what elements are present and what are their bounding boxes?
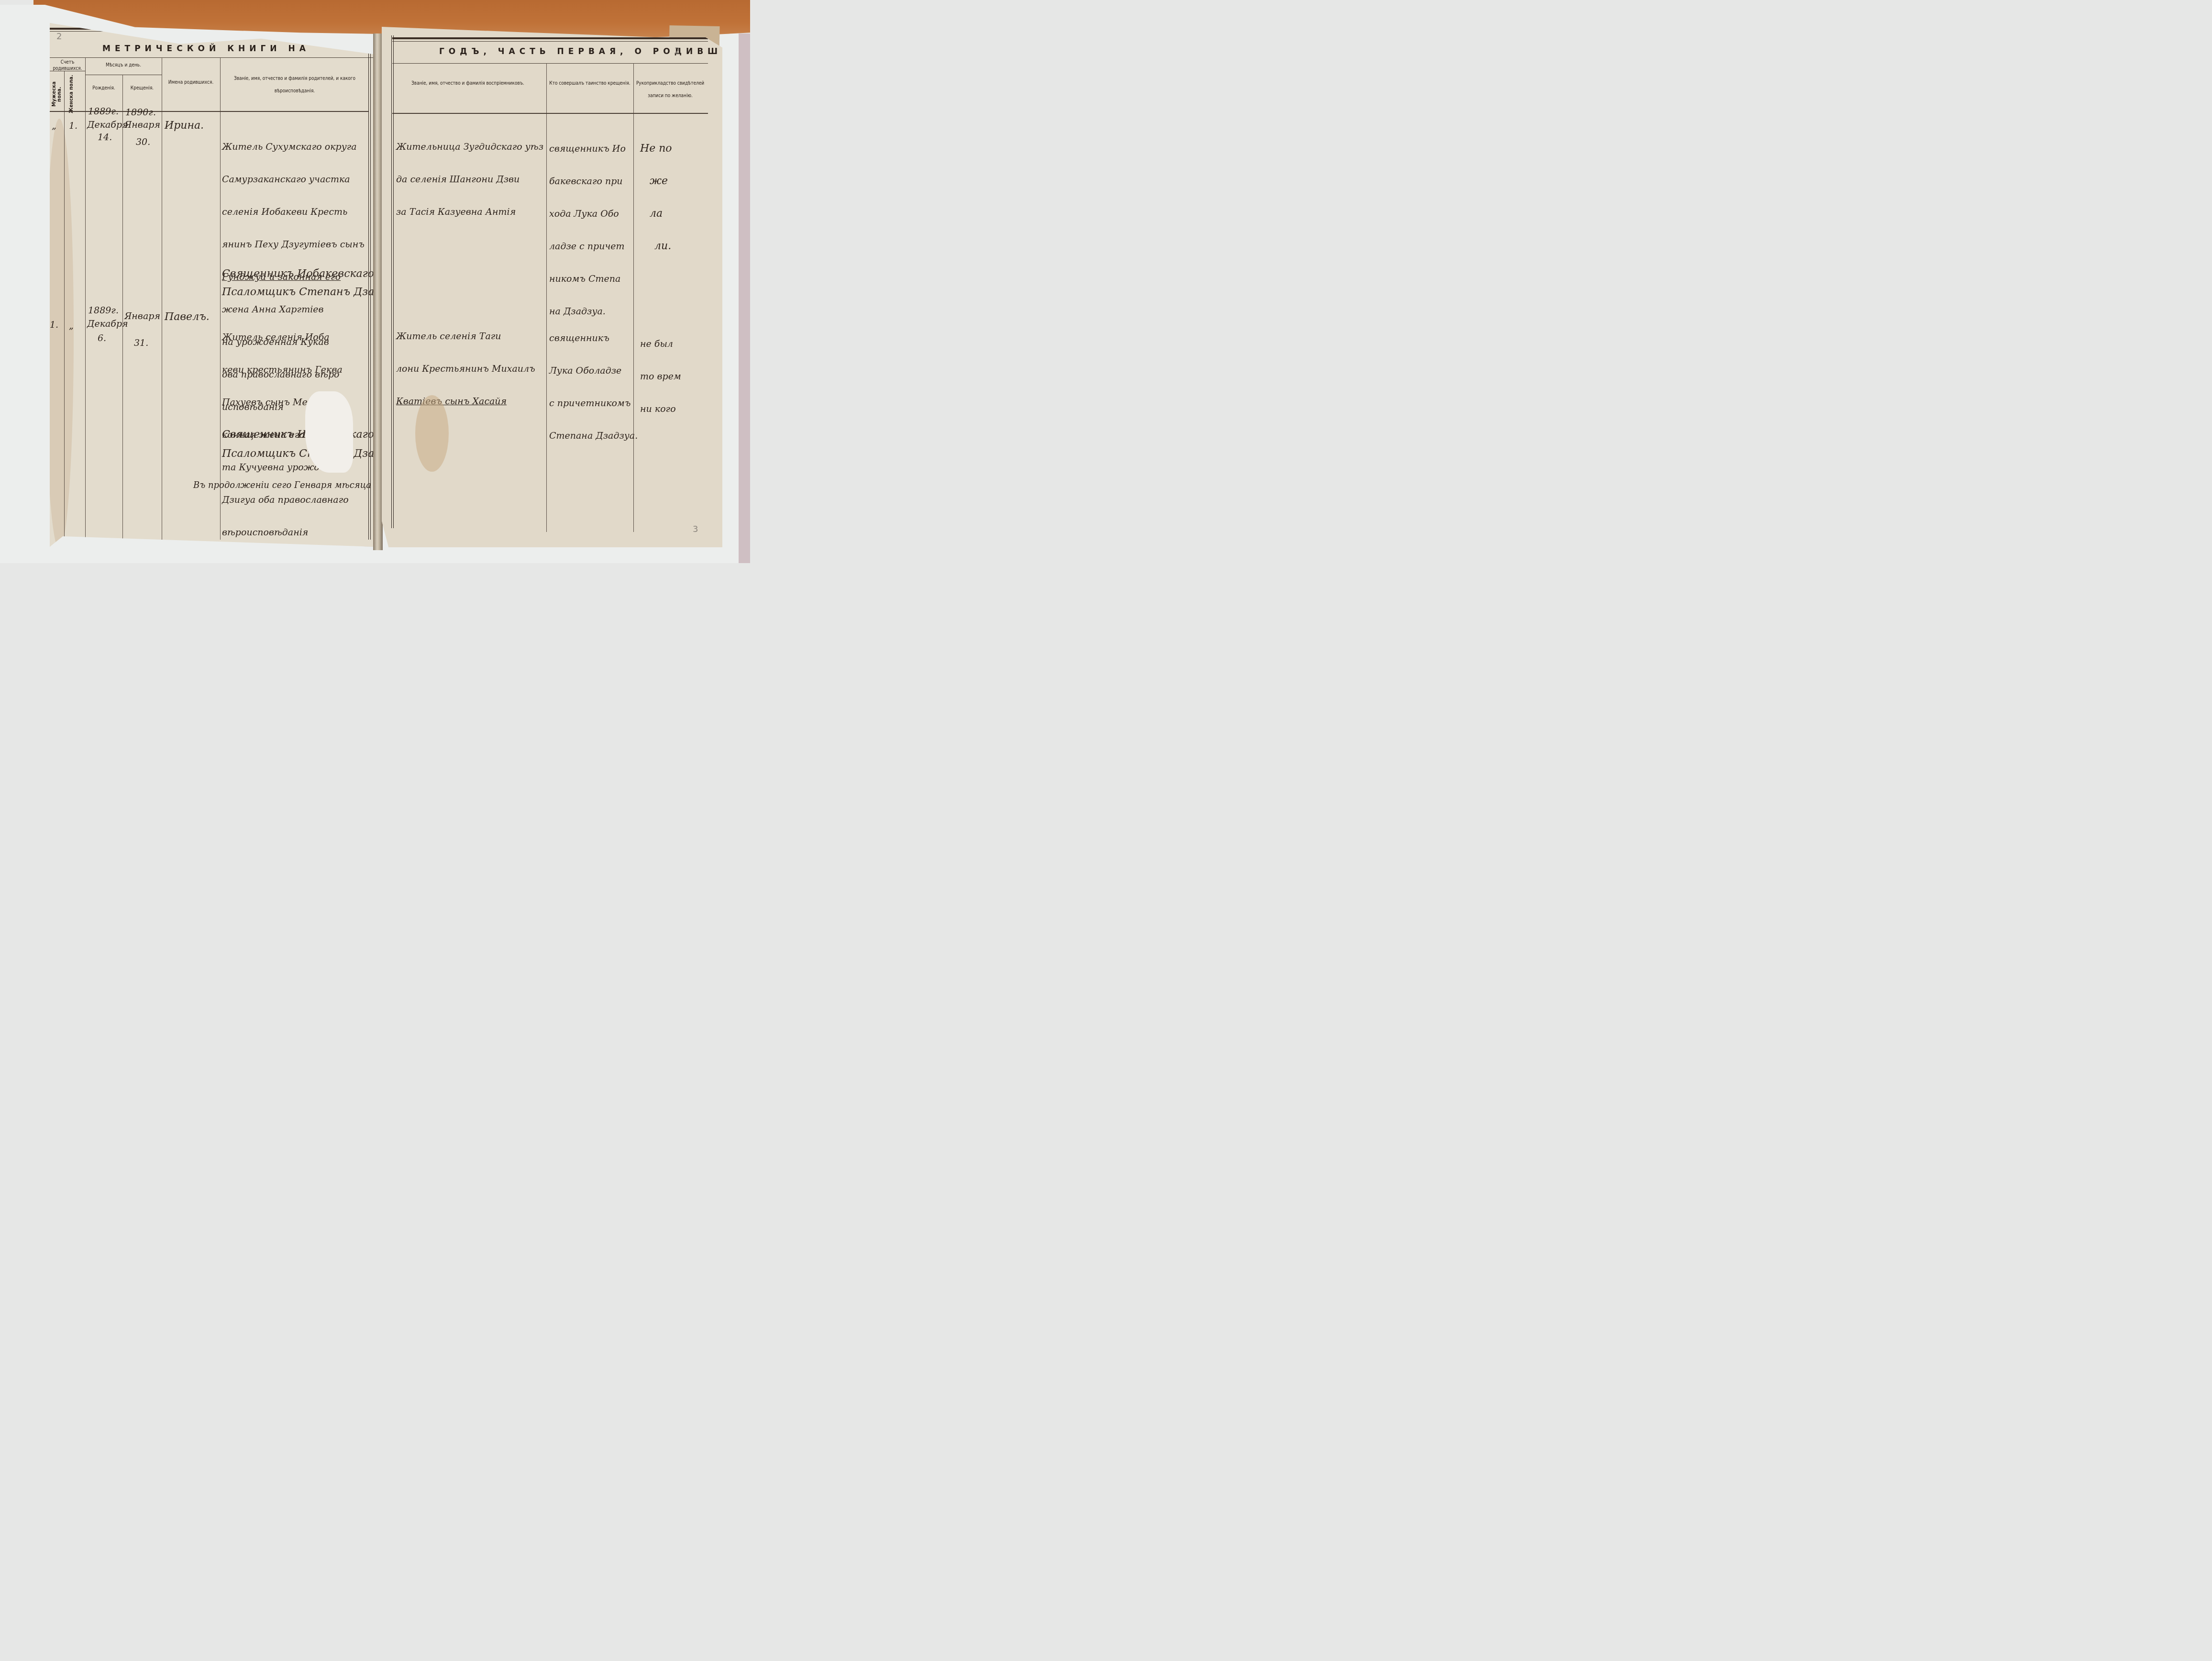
col-line	[122, 75, 123, 540]
record-2-priest: священникъ Лука Оболадзе с причетникомъ …	[549, 314, 638, 460]
text-line: священникъ	[549, 330, 638, 346]
record-1-signature-line-2: Псаломщикъ Степанъ Дзадзуа	[222, 284, 399, 300]
text-line: ладзе с причет	[549, 238, 626, 255]
page-title-right: ГОДЪ, ЧАСТЬ ПЕРВАЯ, О РОДИВШИХСЯ.	[439, 47, 750, 56]
record-1-child-name: Ирина.	[165, 118, 204, 134]
record-1-signature-note: Не по же ла ли.	[640, 124, 672, 271]
col-line	[64, 71, 65, 540]
text-line: ли.	[640, 238, 672, 255]
header-count-group: Счетъ родившихся.	[50, 59, 85, 72]
header-godparents: Званіе, имя, отчество и фамилія воспріем…	[396, 78, 540, 90]
record-1-godparents: Жительница Зугдидскаго уѣз да селенія Ша…	[396, 122, 543, 236]
book-spine-fold	[373, 33, 383, 550]
col-line	[162, 57, 162, 540]
top-rule	[392, 37, 708, 39]
text-line: ни кого	[640, 401, 681, 417]
header-bottom-rule	[392, 113, 708, 114]
text-line: Дзигуа оба православнаго	[222, 492, 349, 508]
text-line: янинъ Пеху Дзугутіевъ сынъ	[222, 236, 365, 253]
header-rule	[392, 63, 708, 64]
text-line: Самурзаканскаго участка	[222, 171, 365, 188]
record-1-baptism-month: Января	[124, 117, 160, 133]
header-priest: Кто совершалъ таинство крещенія.	[547, 78, 632, 90]
record-2-male-count: 1.	[50, 317, 58, 333]
col-line	[220, 57, 221, 540]
text-line: никомъ Степа	[549, 271, 626, 287]
text-line: Житель Сухумскаго округа	[222, 139, 365, 155]
right-page: ГОДЪ, ЧАСТЬ ПЕРВАЯ, О РОДИВШИХСЯ. 2 Зван…	[382, 27, 722, 547]
subheader-rule	[85, 75, 162, 75]
text-line: Житель селенія Таги	[396, 328, 535, 344]
col-line	[633, 63, 634, 532]
record-2-baptism-day: 31.	[134, 335, 148, 351]
record-2-female-count: „	[69, 318, 74, 334]
text-line: за Тасія Казуевна Антія	[396, 204, 543, 220]
col-line	[85, 57, 86, 540]
text-line: ла	[640, 206, 672, 222]
torn-hole	[305, 391, 353, 473]
header-count-female: Женска пола.	[69, 75, 74, 114]
record-2-godparents: Житель селенія Таги лони Крестьянинъ Мих…	[396, 312, 535, 426]
text-line: селенія Иобакеви Кресть	[222, 204, 365, 220]
record-1-female-count: 1.	[69, 118, 77, 134]
pencil-page-mark: 2	[56, 32, 62, 42]
pencil-page-mark-top: 2	[675, 46, 680, 56]
record-2-birth-day: 6.	[98, 330, 106, 346]
text-line: да селенія Шангони Дзви	[396, 171, 543, 188]
left-page: 2 МЕТРИЧЕСКОЙ КНИГИ НА Счетъ родившихся.…	[50, 23, 375, 547]
record-2-child-name: Павелъ.	[165, 309, 210, 325]
text-line: бакевскаго при	[549, 173, 626, 189]
text-line: лони Крестьянинъ Михаилъ	[396, 361, 535, 377]
text-line: вѣроисповѣданія	[222, 524, 349, 541]
header-count-male: Мужеска пола.	[52, 75, 62, 114]
text-line: Жительница Зугдидскаго уѣз	[396, 139, 543, 155]
header-birth: Рожденія.	[85, 85, 122, 91]
top-rule-thin	[392, 41, 708, 42]
text-line: Житель селенія Иоба	[222, 329, 349, 345]
page-title-left: МЕТРИЧЕСКОЙ КНИГИ НА	[102, 44, 310, 54]
text-line: Не по	[640, 141, 672, 157]
text-line: же	[640, 173, 672, 189]
repaired-tear	[415, 395, 449, 472]
text-line: не был	[640, 336, 681, 352]
col-line	[546, 63, 547, 532]
text-line: кеви крестьянинъ Геква	[222, 362, 349, 378]
record-1-baptism-day: 30.	[136, 134, 150, 150]
header-rule	[50, 57, 375, 58]
text-line: Степана Дзадзуа.	[549, 428, 638, 444]
header-names: Имена родившихся.	[162, 79, 220, 86]
record-1-male-count: „	[52, 118, 56, 134]
text-line: хода Лука Обо	[549, 206, 626, 222]
pink-paper-edge	[739, 33, 750, 563]
record-2-birth-month: Декабря	[87, 316, 128, 332]
pencil-page-mark-bottom: 3	[693, 524, 698, 534]
page-border-line	[391, 35, 394, 528]
text-line: то врем	[640, 368, 681, 385]
text-line: Кватіевъ сынъ Хасайя	[396, 393, 535, 410]
record-2-baptism-month: Января	[124, 308, 160, 324]
header-date-group: Мѣсяцъ и день.	[85, 62, 162, 68]
record-2-signature-note: не был то врем ни кого	[640, 320, 681, 433]
record-1-birth-day: 14.	[98, 129, 112, 145]
subheader-rule	[50, 71, 85, 71]
record-1-priest: священникъ Ио бакевскаго при хода Лука О…	[549, 124, 626, 336]
header-parents: Званіе, имя, отчество и фамилія родителе…	[223, 73, 366, 98]
text-line: Лука Оболадзе	[549, 363, 638, 379]
header-baptism: Крещенія.	[122, 85, 162, 91]
header-signatures: Рукоприкладство свидѣтелей записи по жел…	[634, 78, 706, 102]
text-line: священникъ Ио	[549, 141, 626, 157]
text-line: с причетникомъ	[549, 395, 638, 411]
